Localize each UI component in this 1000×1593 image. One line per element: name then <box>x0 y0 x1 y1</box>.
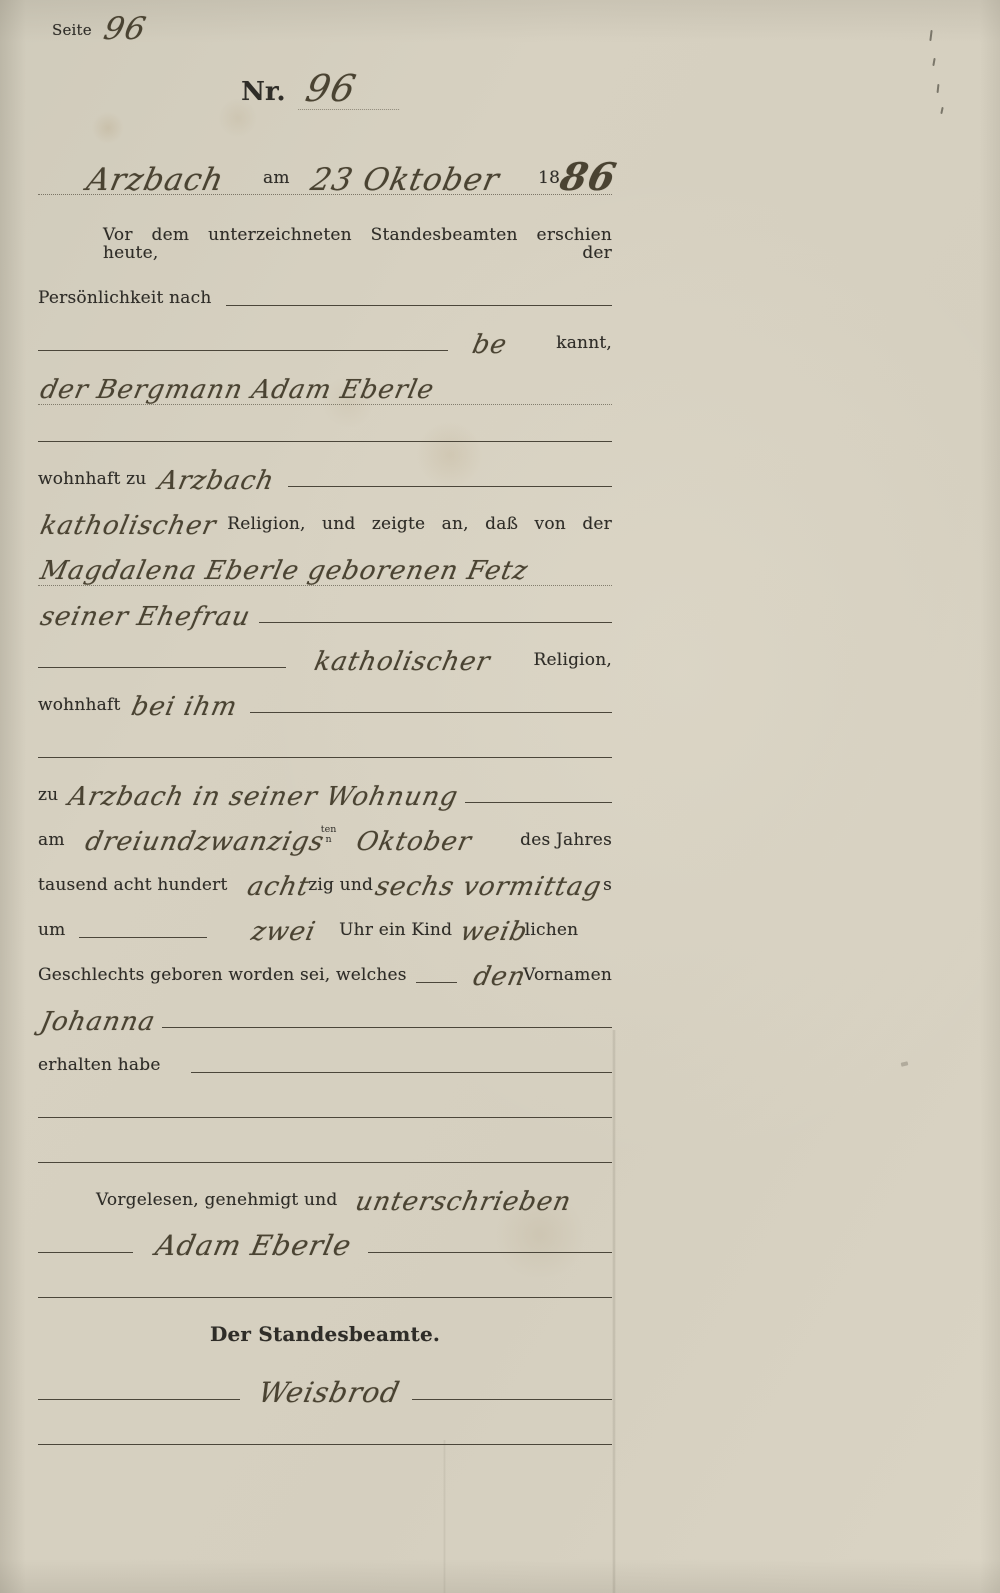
paper-crease <box>612 1030 616 1593</box>
line-birthdate: amdreiundzwanzigstennOktoberdes Jahres <box>38 811 612 856</box>
line-wife: seiner Ehefrau <box>38 586 612 631</box>
handwritten-text: seiner Ehefrau <box>38 604 253 630</box>
line-birthplace: zuArzbach in seiner Wohnung <box>38 766 612 811</box>
printed-text: am <box>38 832 65 850</box>
document-sheet: Seite 96 Nr. 96 Arzbach am 23 Oktober 18… <box>0 0 1000 1593</box>
printed-text: wohnhaft zu <box>38 471 146 489</box>
printed-text: zu <box>38 787 58 805</box>
line-signature-declarant: Adam Eberle <box>38 1216 612 1261</box>
ink-speck <box>932 58 935 66</box>
record-number-block: Nr. 96 <box>38 70 612 110</box>
dateline-place: Arzbach <box>84 165 227 196</box>
blank-rule-line <box>38 757 612 758</box>
handwritten-text: Arzbach in seiner Wohnung <box>66 784 461 810</box>
blank-rule-line <box>191 1072 612 1073</box>
printed-text: des Jahres <box>520 832 612 850</box>
printed-text: zig und <box>308 877 373 895</box>
line-residence: wohnhaft zuArzbach <box>38 450 612 495</box>
line-signature-registrar: Weisbrod <box>38 1363 612 1408</box>
seite-label: Seite <box>52 23 92 39</box>
dateline-date: 23 Oktober <box>308 165 502 196</box>
ink-speck <box>937 84 940 93</box>
ordinal-suffix-bottom: n <box>325 835 331 845</box>
line-declarant: der Bergmann Adam Eberle <box>38 359 612 405</box>
blank-rule-line <box>288 486 612 487</box>
nr-number: 96 <box>298 70 408 110</box>
ink-speck <box>940 107 943 114</box>
handwritten-text: weib <box>458 919 530 945</box>
line-mother: Magdalena Eberle geborenen Fetz <box>38 540 612 586</box>
line-living-with: wohnhaftbei ihm <box>38 676 612 721</box>
blank-rule-line <box>38 1252 133 1253</box>
ink-speck <box>929 30 932 41</box>
handwritten-text: Adam Eberle <box>153 1232 354 1260</box>
handwritten-text: katholischer <box>38 513 219 539</box>
handwritten-text: unterschrieben <box>353 1189 574 1215</box>
blank-rule-line <box>38 1162 612 1163</box>
pencil-mark <box>901 1061 909 1067</box>
printed-text: Vornamen <box>523 967 612 985</box>
line-sex-vornamen: Geschlechts geboren worden sei, welchesd… <box>38 946 612 991</box>
printed-text: lichen <box>525 922 579 940</box>
blank-rule-line <box>250 712 612 713</box>
printed-text: Vor dem unterzeichneten Standesbeamten e… <box>103 227 612 263</box>
blank-rule-line <box>416 982 457 983</box>
form-body: Vor dem unterzeichneten Standesbeamten e… <box>38 224 612 1453</box>
line-religion-mother: katholischerReligion, <box>38 631 612 676</box>
blank-rule-line <box>412 1399 612 1400</box>
line-vorgelesen: Vorgelesen, genehmigt undunterschrieben <box>38 1171 612 1216</box>
printed-text: um <box>38 922 65 940</box>
line-birthyear: tausend acht hundertachtzig undsechs vor… <box>38 856 612 901</box>
paper-crease <box>443 1440 446 1593</box>
line-blank-5 <box>38 1261 612 1306</box>
printed-text: Religion, und zeigte an, daß von der <box>227 516 612 534</box>
line-blank-4 <box>38 1126 612 1171</box>
printed-text: Religion, <box>534 652 612 670</box>
printed-text: Persönlichkeit nach <box>38 290 212 308</box>
line-blank-6 <box>38 1408 612 1453</box>
handwritten-text: acht <box>245 874 312 900</box>
line-blank-3 <box>38 1081 612 1126</box>
handwritten-text: Weisbrod <box>256 1379 402 1407</box>
line-personalia: Persönlichkeit nach <box>38 269 612 314</box>
handwritten-text: der Bergmann Adam Eberle <box>38 377 437 403</box>
line-blank-2 <box>38 721 612 766</box>
blank-rule-line <box>368 1252 612 1253</box>
handwritten-text: bei ihm <box>129 694 240 720</box>
blank-rule-line <box>465 802 612 803</box>
printed-text: tausend acht hundert <box>38 877 228 895</box>
handwritten-text: den <box>471 964 528 990</box>
nr-label: Nr. <box>241 79 286 106</box>
handwritten-text: Magdalena Eberle geborenen Fetz <box>38 558 530 584</box>
blank-rule-line <box>38 1399 240 1400</box>
line-bekannt: bekannt, <box>38 314 612 359</box>
handwritten-text: dreiundzwanzigs <box>83 829 327 855</box>
blank-rule-line <box>226 305 612 306</box>
handwritten-text: be <box>470 332 510 358</box>
blank-rule-line <box>38 1297 612 1298</box>
blank-rule-line <box>38 441 612 442</box>
handwritten-text: Johanna <box>38 1009 158 1035</box>
line-intro: Vor dem unterzeichneten Standesbeamten e… <box>38 224 612 269</box>
handwritten-text: Oktober <box>354 829 474 855</box>
printed-text: Vorgelesen, genehmigt und <box>96 1192 337 1210</box>
blank-rule-line <box>162 1027 612 1028</box>
printed-text: wohnhaft <box>38 697 121 715</box>
printed-text: s <box>603 877 612 895</box>
line-religion-declarant: katholischerReligion, und zeigte an, daß… <box>38 495 612 540</box>
printed-text: erhalten habe <box>38 1057 161 1075</box>
blank-rule-line <box>38 667 286 668</box>
printed-text: kannt, <box>556 335 612 353</box>
line-child-name: Johanna <box>38 991 612 1036</box>
seite-number: 96 <box>101 14 149 45</box>
handwritten-text: sechs vormittag <box>373 874 604 900</box>
blank-rule-line <box>259 622 612 623</box>
line-registrar-title: Der Standesbeamte. <box>38 1306 612 1351</box>
blank-rule-line <box>38 1117 612 1118</box>
printed-text: Uhr ein Kind <box>339 922 452 940</box>
handwritten-text: Arzbach <box>156 468 277 494</box>
dateline-am-label: am <box>263 170 290 188</box>
blank-rule-line <box>38 350 448 351</box>
printed-text: Der Standesbeamte. <box>210 1324 440 1345</box>
line-erhalten: erhalten habe <box>38 1036 612 1081</box>
dateline-year-handwritten: 86 <box>557 158 620 196</box>
dateline-year-printed: 18 <box>538 170 560 188</box>
line-birthtime: umzweiUhr ein Kindweiblichen <box>38 901 612 946</box>
page-number-block: Seite 96 <box>52 14 142 45</box>
blank-rule-line <box>79 937 207 938</box>
handwritten-text: katholischer <box>312 649 493 675</box>
blank-rule-line <box>38 1444 612 1445</box>
handwritten-text: zwei <box>249 919 318 945</box>
printed-text: Geschlechts geboren worden sei, welches <box>38 967 407 985</box>
dateline: Arzbach am 23 Oktober 18 86 <box>38 138 612 195</box>
line-blank-1 <box>38 405 612 450</box>
